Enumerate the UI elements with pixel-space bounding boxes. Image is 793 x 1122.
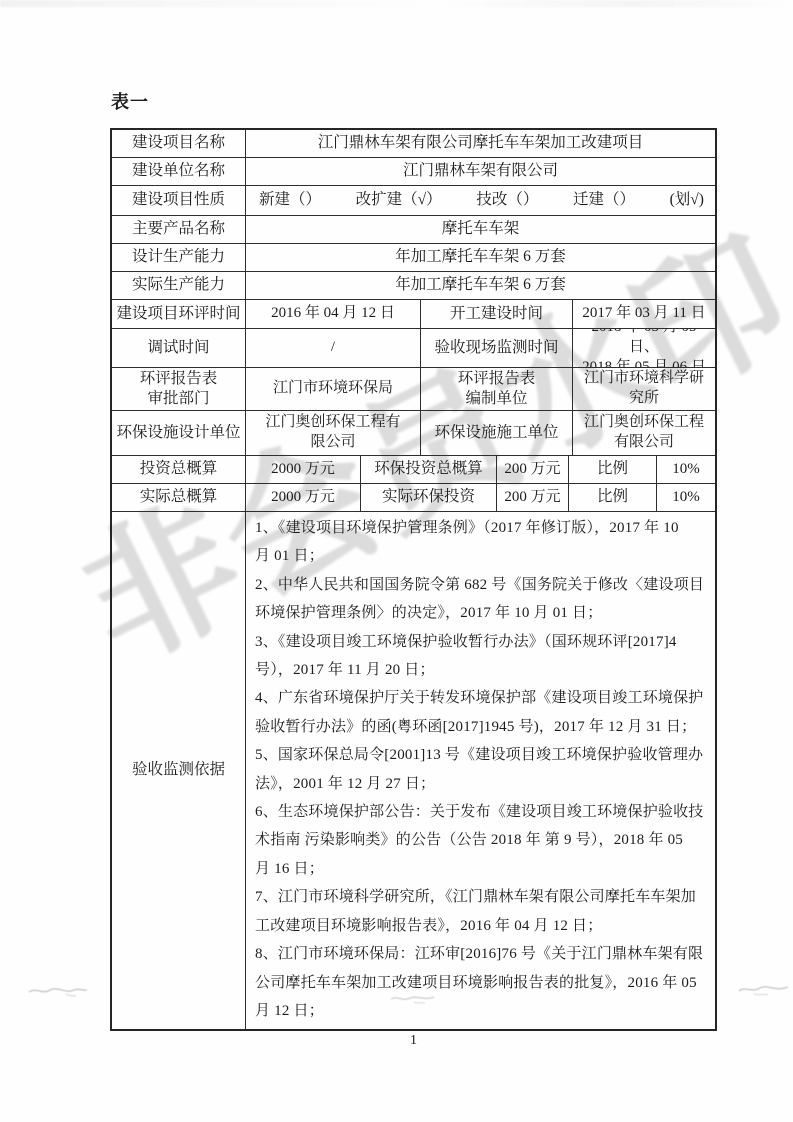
table-row-debug-time: 调试时间 / 验收现场监测时间 2018 年 05 月 05 日、 2018 年… xyxy=(112,328,715,367)
monitoring-basis-list: 1、《建设项目环境保护管理条例》（2017 年修订版），2017 年 10 月 … xyxy=(245,512,715,1029)
eia-date: 2016 年 04 月 12 日 xyxy=(245,300,420,328)
table-row-investment-budget: 投资总概算 2000 万元 环保投资总概算 200 万元 比例 10% xyxy=(112,455,715,483)
basis-item-8: 8、江门市环境环保局：江环审[2016]76 号《关于江门鼎林车架有限 公司摩托… xyxy=(255,940,707,1025)
row-label: 环保设施设计单位 xyxy=(112,411,245,455)
table-row-unit-name: 建设单位名称 江门鼎林车架有限公司 xyxy=(112,157,715,185)
basis-item-4: 4、广东省环境保护厅关于转发环境保护部《建设项目竣工环境保护 验收暂行办法》的函… xyxy=(255,684,707,741)
table-row-design-capacity: 设计生产能力 年加工摩托车车架 6 万套 xyxy=(112,243,715,271)
table-row-approval-dept: 环评报告表 审批部门 江门市环境环保局 环评报告表 编制单位 江门市环境科学研 … xyxy=(112,367,715,410)
ratio-value: 10% xyxy=(656,456,715,483)
row-label: 实际总概算 xyxy=(112,484,245,511)
row-label: 建设项目环评时间 xyxy=(112,300,245,328)
compiling-unit-value: 江门市环境科学研 究所 xyxy=(572,368,715,410)
scan-artifact-right xyxy=(736,980,792,998)
option-rebuild-checked: 改扩建（√） xyxy=(356,190,442,210)
row-label-2: 开工建设时间 xyxy=(420,300,572,328)
scan-artifact-center xyxy=(388,990,438,1006)
ratio-value: 10% xyxy=(656,484,715,511)
row-label: 主要产品名称 xyxy=(112,216,245,243)
row-value-options: 新建（） 改扩建（√） 技改（） 迁建（） (划√) xyxy=(245,186,715,215)
row-label: 建设单位名称 xyxy=(112,158,245,185)
option-new: 新建（） xyxy=(259,190,321,210)
table-row-eia-time: 建设项目环评时间 2016 年 04 月 12 日 开工建设时间 2017 年 … xyxy=(112,299,715,328)
basis-item-6: 6、生态环境保护部公告：关于发布《建设项目竣工环境保护验收技 术指南 污染影响类… xyxy=(255,798,707,883)
row-label: 投资总概算 xyxy=(112,456,245,483)
table-row-main-product: 主要产品名称 摩托车车架 xyxy=(112,215,715,243)
actual-env-value: 200 万元 xyxy=(496,484,568,511)
option-relocate: 迁建（） xyxy=(573,190,635,210)
scanned-document-page: 非会员水印 表一 建设项目名称 江门鼎林车架有限公司摩托车车架加工改建项目 建设… xyxy=(0,0,793,1122)
sheet-title: 表一 xyxy=(111,88,149,114)
basis-item-7: 7、江门市环境科学研究所，《江门鼎林车架有限公司摩托车车架加 工改建项目环境影响… xyxy=(255,883,707,940)
row-value: 江门鼎林车架有限公司 xyxy=(245,158,715,185)
row-label-2: 验收现场监测时间 xyxy=(420,329,572,367)
env-budget-value: 200 万元 xyxy=(496,456,568,483)
scan-edge-smudge xyxy=(0,0,793,7)
row-label: 设计生产能力 xyxy=(112,244,245,271)
row-value: 江门鼎林车架有限公司摩托车车架加工改建项目 xyxy=(245,130,715,157)
row-label-2: 环保设施施工单位 xyxy=(420,411,572,455)
row-label-2: 环保投资总概算 xyxy=(360,456,496,483)
table-row-monitoring-basis: 验收监测依据 1、《建设项目环境保护管理条例》（2017 年修订版），2017 … xyxy=(112,511,715,1029)
row-label: 调试时间 xyxy=(112,329,245,367)
basis-item-2: 2、中华人民共和国国务院令第 682 号《国务院关于修改〈建设项目 环境保护管理… xyxy=(255,571,707,628)
basis-item-5: 5、国家环保总局令[2001]13 号《建设项目竣工环境保护验收管理办 法》，2… xyxy=(255,741,707,798)
table-row-project-nature: 建设项目性质 新建（） 改扩建（√） 技改（） 迁建（） (划√) xyxy=(112,185,715,215)
basis-item-3: 3、《建设项目竣工环境保护验收暂行办法》（国环规环评[2017]4 号），201… xyxy=(255,628,707,685)
table-row-project-name: 建设项目名称 江门鼎林车架有限公司摩托车车架加工改建项目 xyxy=(112,130,715,157)
construction-unit-value: 江门奥创环保工程 有限公司 xyxy=(572,411,715,455)
row-label: 环评报告表 审批部门 xyxy=(112,368,245,410)
option-tech-reno: 技改（） xyxy=(476,190,538,210)
row-label: 验收监测依据 xyxy=(112,512,245,1029)
row-label: 建设项目性质 xyxy=(112,186,245,215)
table-row-design-unit: 环保设施设计单位 江门奥创环保工程有 限公司 环保设施施工单位 江门奥创环保工程… xyxy=(112,410,715,455)
approval-dept-value: 江门市环境环保局 xyxy=(245,368,420,410)
row-value: 摩托车车架 xyxy=(245,216,715,243)
table-row-actual-capacity: 实际生产能力 年加工摩托车车架 6 万套 xyxy=(112,271,715,299)
option-tick-hint: (划√) xyxy=(670,190,704,210)
page-number: 1 xyxy=(110,1033,717,1049)
scan-artifact-left xyxy=(26,980,90,1000)
ratio-label: 比例 xyxy=(568,456,656,483)
basis-item-1: 1、《建设项目环境保护管理条例》（2017 年修订版），2017 年 10 月 … xyxy=(255,514,707,571)
actual-total-value: 2000 万元 xyxy=(245,484,360,511)
row-value: 年加工摩托车车架 6 万套 xyxy=(245,244,715,271)
row-value: 年加工摩托车车架 6 万套 xyxy=(245,272,715,299)
row-label: 实际生产能力 xyxy=(112,272,245,299)
design-unit-value: 江门奥创环保工程有 限公司 xyxy=(245,411,420,455)
row-label: 建设项目名称 xyxy=(112,130,245,157)
debug-time-value: / xyxy=(245,329,420,367)
row-label-2: 环评报告表 编制单位 xyxy=(420,368,572,410)
project-info-table: 建设项目名称 江门鼎林车架有限公司摩托车车架加工改建项目 建设单位名称 江门鼎林… xyxy=(110,128,717,1031)
monitoring-dates: 2018 年 05 月 05 日、 2018 年 05 月 06 日 xyxy=(572,329,715,367)
ratio-label: 比例 xyxy=(568,484,656,511)
construction-start-date: 2017 年 03 月 11 日 xyxy=(572,300,715,328)
row-label-2: 实际环保投资 xyxy=(360,484,496,511)
total-budget-value: 2000 万元 xyxy=(245,456,360,483)
table-row-actual-budget: 实际总概算 2000 万元 实际环保投资 200 万元 比例 10% xyxy=(112,483,715,511)
